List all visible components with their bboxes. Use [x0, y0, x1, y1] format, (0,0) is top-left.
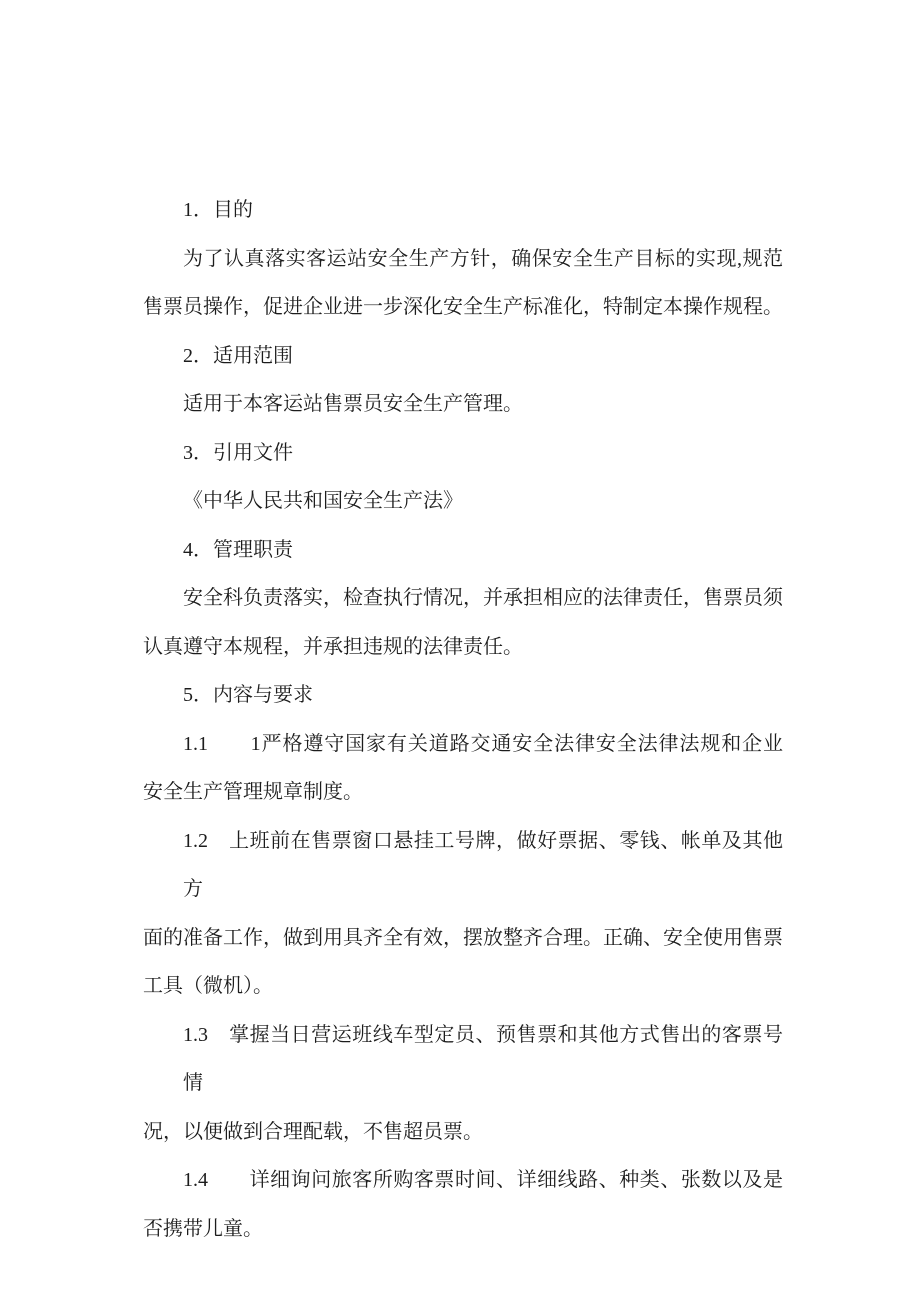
text-line: 安全科负责落实，检查执行情况，并承担相应的法律责任，售票员须	[143, 574, 783, 623]
text-line: 况，以便做到合理配载，不售超员票。	[143, 1108, 783, 1157]
text-line: 1.1 1严格遵守国家有关道路交通安全法律安全法律法规和企业	[143, 720, 783, 769]
text-line: 3．引用文件	[143, 429, 783, 478]
text-line: 安全生产管理规章制度。	[143, 768, 783, 817]
text-line: 认真遵守本规程，并承担违规的法律责任。	[143, 623, 783, 672]
text-line: 《中华人民共和国安全生产法》	[143, 477, 783, 526]
text-line: 1．目的	[143, 186, 783, 235]
text-line: 面的准备工作，做到用具齐全有效，摆放整齐合理。正确、安全使用售票	[143, 914, 783, 963]
text-line: 5．内容与要求	[143, 671, 783, 720]
text-line: 1.2 上班前在售票窗口悬挂工号牌，做好票据、零钱、帐单及其他方	[143, 817, 783, 914]
text-line: 1.4 详细询问旅客所购客票时间、详细线路、种类、张数以及是	[143, 1156, 783, 1205]
text-line: 为了认真落实客运站安全生产方针，确保安全生产目标的实现,规范	[143, 235, 783, 284]
text-line: 适用于本客运站售票员安全生产管理。	[143, 380, 783, 429]
text-line: 2．适用范围	[143, 332, 783, 381]
document-page: 1．目的为了认真落实客运站安全生产方针，确保安全生产目标的实现,规范售票员操作，…	[0, 0, 920, 1301]
text-line: 售票员操作，促进企业进一步深化安全生产标准化，特制定本操作规程。	[143, 283, 783, 332]
text-line: 工具（微机）。	[143, 962, 783, 1011]
text-line: 4．管理职责	[143, 526, 783, 575]
text-line: 否携带儿童。	[143, 1205, 783, 1254]
text-line: 1.3 掌握当日营运班线车型定员、预售票和其他方式售出的客票号情	[143, 1011, 783, 1108]
document-body: 1．目的为了认真落实客运站安全生产方针，确保安全生产目标的实现,规范售票员操作，…	[143, 186, 783, 1253]
